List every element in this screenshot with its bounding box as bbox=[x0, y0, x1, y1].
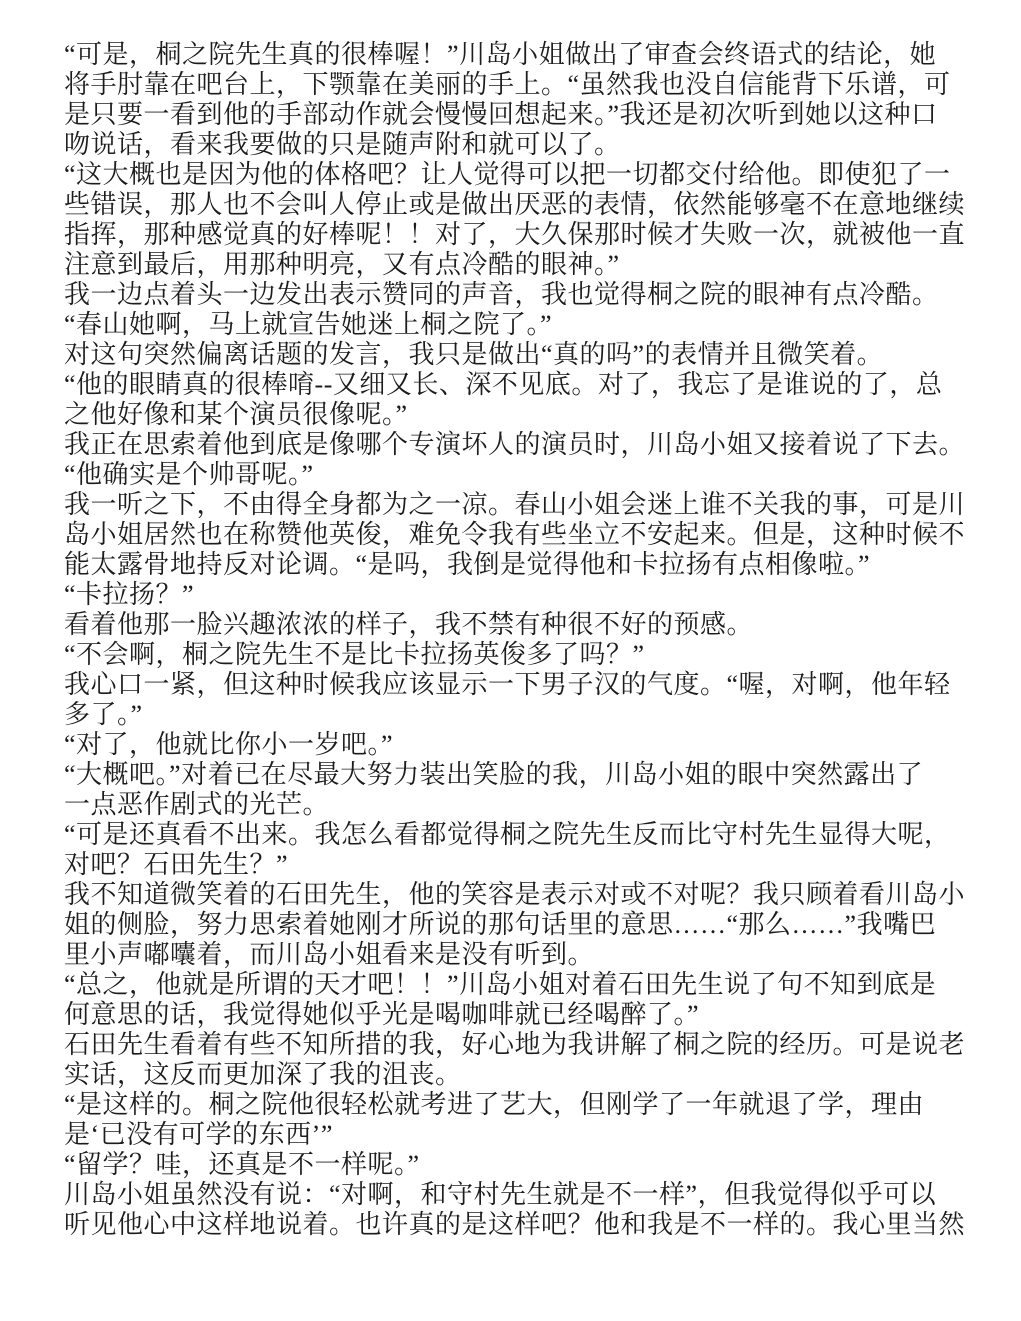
text-line: 听见他心中这样地说着。也许真的是这样吧？他和我是不一样的。我心里当然 bbox=[64, 1210, 964, 1240]
text-line: 多了。” bbox=[64, 700, 964, 730]
text-line: 能太露骨地持反对论调。“是吗，我倒是觉得他和卡拉扬有点相像啦。” bbox=[64, 550, 964, 580]
text-line: “春山她啊，马上就宣告她迷上桐之院了。” bbox=[64, 310, 964, 340]
text-line: “可是还真看不出来。我怎么看都觉得桐之院先生反而比守村先生显得大呢， bbox=[64, 820, 964, 850]
text-line: 姐的侧脸，努力思索着她刚才所说的那句话里的意思……“那么……”我嘴巴 bbox=[64, 910, 964, 940]
text-line: 我一边点着头一边发出表示赞同的声音，我也觉得桐之院的眼神有点冷酷。 bbox=[64, 280, 964, 310]
text-line: 吻说话，看来我要做的只是随声附和就可以了。 bbox=[64, 130, 964, 160]
text-line: 一点恶作剧式的光芒。 bbox=[64, 790, 964, 820]
text-line: 是‘已没有可学的东西’” bbox=[64, 1120, 964, 1150]
text-line: “这大概也是因为他的体格吧？让人觉得可以把一切都交付给他。即使犯了一 bbox=[64, 160, 964, 190]
text-line: “是这样的。桐之院他很轻松就考进了艺大，但刚学了一年就退了学，理由 bbox=[64, 1090, 964, 1120]
text-line: 里小声嘟囔着，而川岛小姐看来是没有听到。 bbox=[64, 940, 964, 970]
text-line: “对了，他就比你小一岁吧。” bbox=[64, 730, 964, 760]
text-line: “不会啊，桐之院先生不是比卡拉扬英俊多了吗？” bbox=[64, 640, 964, 670]
text-line: 岛小姐居然也在称赞他英俊，难免令我有些坐立不安起来。但是，这种时候不 bbox=[64, 520, 964, 550]
text-line: 之他好像和某个演员很像呢。” bbox=[64, 400, 964, 430]
novel-text-block: “可是，桐之院先生真的很棒喔！”川岛小姐做出了审查会终语式的结论，她 将手肘靠在… bbox=[64, 40, 964, 1240]
text-line: 我正在思索着他到底是像哪个专演坏人的演员时，川岛小姐又接着说了下去。 bbox=[64, 430, 964, 460]
text-line: 对吧？石田先生？” bbox=[64, 850, 964, 880]
text-line: “总之，他就是所谓的天才吧！！”川岛小姐对着石田先生说了句不知到底是 bbox=[64, 970, 964, 1000]
text-line: 是只要一看到他的手部动作就会慢慢回想起来。”我还是初次听到她以这种口 bbox=[64, 100, 964, 130]
text-line: 石田先生看着有些不知所措的我，好心地为我讲解了桐之院的经历。可是说老 bbox=[64, 1030, 964, 1060]
text-line: 对这句突然偏离话题的发言，我只是做出“真的吗”的表情并且微笑着。 bbox=[64, 340, 964, 370]
text-line: “留学？哇，还真是不一样呢。” bbox=[64, 1150, 964, 1180]
text-line: 看着他那一脸兴趣浓浓的样子，我不禁有种很不好的预感。 bbox=[64, 610, 964, 640]
text-line: “可是，桐之院先生真的很棒喔！”川岛小姐做出了审查会终语式的结论，她 bbox=[64, 40, 964, 70]
text-line: “他确实是个帅哥呢。” bbox=[64, 460, 964, 490]
text-line: 我不知道微笑着的石田先生，他的笑容是表示对或不对呢？我只顾着看川岛小 bbox=[64, 880, 964, 910]
text-line: 指挥，那种感觉真的好棒呢！！对了，大久保那时候才失败一次，就被他一直 bbox=[64, 220, 964, 250]
text-line: 实话，这反而更加深了我的沮丧。 bbox=[64, 1060, 964, 1090]
document-page: “可是，桐之院先生真的很棒喔！”川岛小姐做出了审查会终语式的结论，她 将手肘靠在… bbox=[0, 0, 1021, 1321]
text-line: 我心口一紧，但这种时候我应该显示一下男子汉的气度。“喔，对啊，他年轻 bbox=[64, 670, 964, 700]
text-line: 何意思的话，我觉得她似乎光是喝咖啡就已经喝醉了。” bbox=[64, 1000, 964, 1030]
text-line: 将手肘靠在吧台上，下颚靠在美丽的手上。“虽然我也没自信能背下乐谱，可 bbox=[64, 70, 964, 100]
text-line: 川岛小姐虽然没有说：“对啊，和守村先生就是不一样”，但我觉得似乎可以 bbox=[64, 1180, 964, 1210]
text-line: 我一听之下，不由得全身都为之一凉。春山小姐会迷上谁不关我的事，可是川 bbox=[64, 490, 964, 520]
text-line: 注意到最后，用那种明亮，又有点冷酷的眼神。” bbox=[64, 250, 964, 280]
text-line: “他的眼睛真的很棒唷--又细又长、深不见底。对了，我忘了是谁说的了，总 bbox=[64, 370, 964, 400]
text-line: “大概吧。”对着已在尽最大努力装出笑脸的我，川岛小姐的眼中突然露出了 bbox=[64, 760, 964, 790]
text-line: “卡拉扬？” bbox=[64, 580, 964, 610]
text-line: 些错误，那人也不会叫人停止或是做出厌恶的表情，依然能够毫不在意地继续 bbox=[64, 190, 964, 220]
